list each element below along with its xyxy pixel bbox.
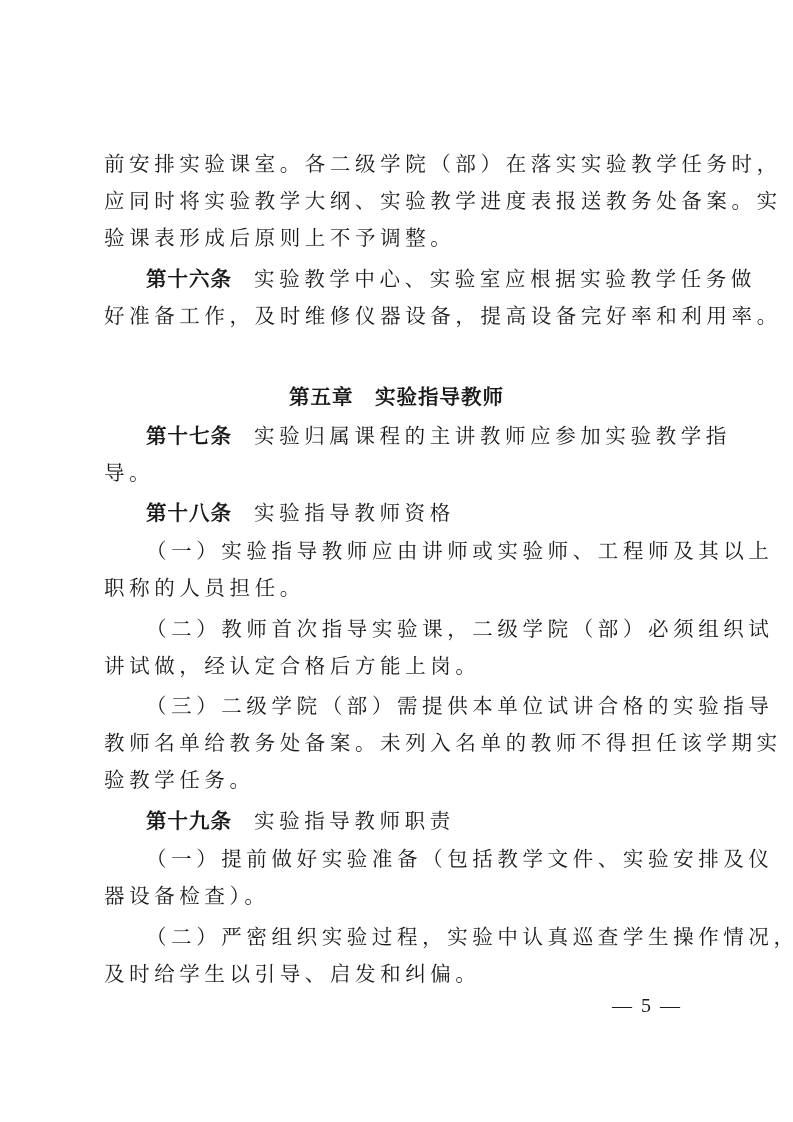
chapter-heading: 第五章 实验指导教师 bbox=[0, 384, 793, 410]
page-number: — 5 — bbox=[612, 994, 682, 1018]
list-item-line: （三）二级学院（部）需提供本单位试讲合格的实验指导 bbox=[146, 693, 774, 719]
list-item-line: 讲试做，经认定合格后方能上岗。 bbox=[104, 653, 481, 679]
paragraph-line: 前安排实验课室。各二级学院（部）在落实实验教学任务时， bbox=[104, 151, 782, 177]
article-title: 实验指导教师资格 bbox=[254, 501, 455, 525]
list-item-line: 验教学任务。 bbox=[104, 767, 255, 793]
article-label: 第十六条 bbox=[146, 267, 232, 291]
paragraph-line: 应同时将实验教学大纲、实验教学进度表报送教务处备案。实 bbox=[104, 188, 782, 214]
paragraph-line: 验课表形成后原则上不予调整。 bbox=[104, 225, 455, 251]
article-label: 第十八条 bbox=[146, 501, 232, 525]
article-text: 实验归属课程的主讲教师应参加实验教学指 bbox=[254, 424, 731, 448]
article-text: 实验教学中心、实验室应根据实验教学任务做 bbox=[254, 267, 756, 291]
article-18: 第十八条实验指导教师资格 bbox=[146, 500, 455, 526]
list-item-line: 教师名单给教务处备案。未列入名单的教师不得担任该学期实 bbox=[104, 730, 782, 756]
list-item-line: （一）提前做好实验准备（包括教学文件、实验安排及仪 bbox=[146, 846, 774, 872]
list-item-line: 器设备检查）。 bbox=[104, 883, 269, 909]
list-item-line: （二）教师首次指导实验课，二级学院（部）必须组织试 bbox=[146, 616, 774, 642]
article-label: 第十七条 bbox=[146, 424, 232, 448]
article-label: 第十九条 bbox=[146, 809, 232, 833]
paragraph-line: 好准备工作，及时维修仪器设备，提高设备完好率和利用率。 bbox=[104, 303, 782, 329]
document-page: 前安排实验课室。各二级学院（部）在落实实验教学任务时， 应同时将实验教学大纲、实… bbox=[0, 0, 793, 1122]
list-item-line: 职称的人员担任。 bbox=[104, 575, 305, 601]
article-19: 第十九条实验指导教师职责 bbox=[146, 808, 455, 834]
article-16: 第十六条实验教学中心、实验室应根据实验教学任务做 bbox=[146, 266, 756, 292]
list-item-line: 及时给学生以引导、启发和纠偏。 bbox=[104, 961, 481, 987]
list-item-line: （一）实验指导教师应由讲师或实验师、工程师及其以上 bbox=[146, 538, 774, 564]
paragraph-line: 导。 bbox=[104, 460, 154, 486]
list-item-line: （二）严密组织实验过程，实验中认真巡查学生操作情况， bbox=[146, 924, 793, 950]
article-17: 第十七条实验归属课程的主讲教师应参加实验教学指 bbox=[146, 423, 731, 449]
article-title: 实验指导教师职责 bbox=[254, 809, 455, 833]
